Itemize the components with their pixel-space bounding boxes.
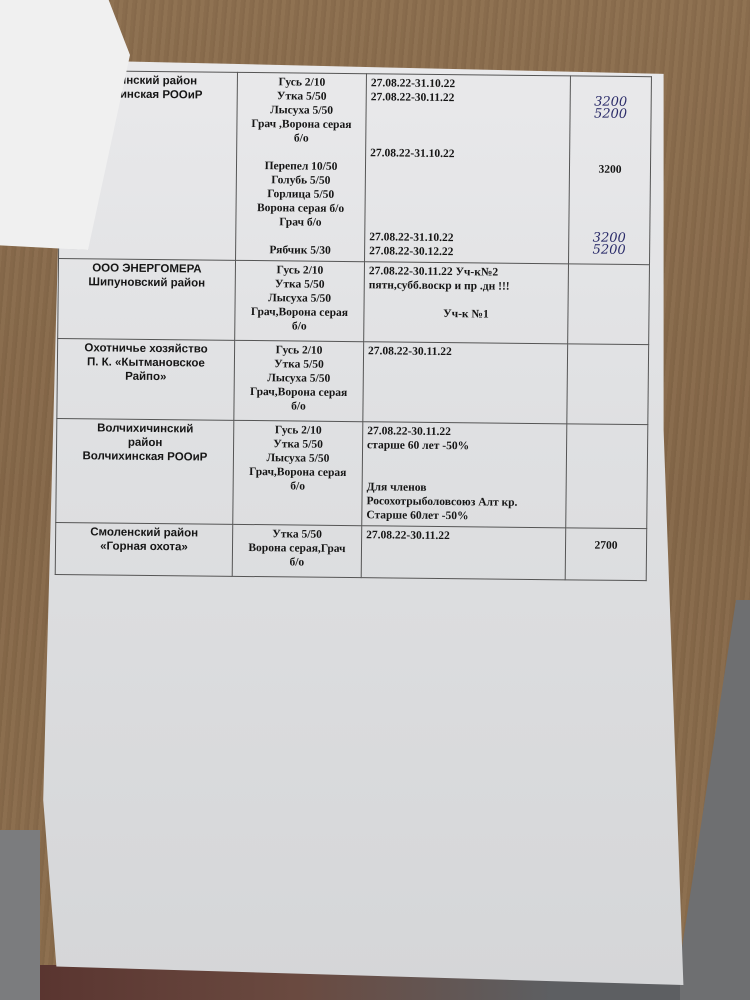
game-item: Лысуха 5/50: [238, 451, 358, 466]
game-item: Горлица 5/50: [241, 187, 361, 202]
price-cell: [568, 264, 650, 345]
org-name: Райпо»: [62, 369, 230, 385]
margin-cell: [649, 265, 686, 345]
handwritten-price: 5200: [573, 244, 645, 257]
game-cell: Утка 5/50 Ворона серая,Грач б/о: [232, 524, 362, 577]
table-row: …ринский район …аринская РООиР Гусь 2/10…: [59, 71, 688, 266]
permits-table: …ринский район …аринская РООиР Гусь 2/10…: [55, 70, 688, 582]
table-row: Волчихичинский район Волчихинская РООиР …: [56, 418, 685, 529]
date-range: 27.08.22-30.12.22: [369, 244, 564, 260]
dates-cell: 27.08.22-30.11.22 Уч-к№2 пятн,субб.воскр…: [364, 262, 569, 344]
price-cell: [567, 344, 649, 425]
margin-cell: [649, 77, 687, 265]
game-item: Утка 5/50: [240, 277, 360, 292]
org-cell: ООО ЭНЕРГОМЕРА Шипуновский район: [58, 258, 236, 340]
game-item: б/о: [241, 131, 361, 146]
dates-cell: 27.08.22-31.10.22 27.08.22-30.11.22 27.0…: [365, 74, 571, 264]
price-cell: [566, 424, 648, 529]
game-item: Голубь 5/50: [241, 173, 361, 188]
game-item: Утка 5/50: [238, 437, 358, 452]
game-item: Гусь 2/10: [239, 343, 359, 358]
game-item: Лысуха 5/50: [240, 291, 360, 306]
game-cell: Гусь 2/10 Утка 5/50 Лысуха 5/50 Грач,Вор…: [235, 260, 365, 341]
game-item: Утка 5/50: [237, 527, 357, 542]
margin-cell: [647, 425, 685, 529]
game-item: Гусь 2/10: [242, 75, 362, 90]
org-name: Шипуновский район: [63, 275, 231, 291]
margin-cell: [648, 345, 685, 425]
price-value: 3200: [574, 162, 646, 177]
org-name: «Горная охота»: [60, 539, 228, 555]
price-value: 2700: [570, 538, 642, 553]
game-item: б/о: [237, 555, 357, 570]
margin-cell: [646, 529, 683, 581]
game-item: Грач,Ворона серая: [238, 465, 358, 480]
table-row: Охотничье хозяйство П. К. «Кытмановское …: [57, 338, 685, 425]
org-cell: Смоленский район «Горная охота»: [55, 522, 233, 576]
game-item: Гусь 2/10: [240, 263, 360, 278]
game-cell: Гусь 2/10 Утка 5/50 Лысуха 5/50 Грач,Вор…: [234, 340, 364, 421]
game-item: Утка 5/50: [242, 89, 362, 104]
date-range: 27.08.22-30.11.22: [366, 528, 561, 544]
game-item: б/о: [239, 319, 359, 334]
date-range: 27.08.22-30.11.22: [371, 90, 566, 106]
dates-cell: 27.08.22-30.11.22: [361, 526, 566, 580]
date-note: пятн,субб.воскр и пр .дн !!!: [369, 278, 564, 294]
game-item: Лысуха 5/50: [242, 103, 362, 118]
game-cell: Гусь 2/10 Утка 5/50 Лысуха 5/50 Грач,Вор…: [233, 420, 363, 525]
org-name: П. К. «Кытмановское: [62, 355, 230, 371]
game-cell: Гусь 2/10 Утка 5/50 Лысуха 5/50 Грач ,Во…: [236, 72, 367, 261]
org-cell: Охотничье хозяйство П. К. «Кытмановское …: [57, 338, 235, 420]
org-cell: Волчихичинский район Волчихинская РООиР: [56, 418, 234, 524]
dates-cell: 27.08.22-30.11.22 старше 60 лет -50% Для…: [362, 422, 567, 528]
price-cell: 3200 5200 3200 3200 5200: [568, 76, 651, 265]
game-item: Грач,Ворона серая: [239, 385, 359, 400]
metal-surface-left: [0, 830, 40, 1000]
game-item: Гусь 2/10: [238, 423, 358, 438]
game-item: Ворона серая,Грач: [237, 541, 357, 556]
game-item: Грач ,Ворона серая: [241, 117, 361, 132]
table-row: ООО ЭНЕРГОМЕРА Шипуновский район Гусь 2/…: [58, 258, 686, 345]
discount-note: Старше 60лет -50%: [366, 508, 561, 524]
date-range: 27.08.22-30.11.22: [368, 344, 563, 360]
dates-cell: 27.08.22-30.11.22: [363, 342, 568, 424]
game-item: Грач,Ворона серая: [239, 305, 359, 320]
game-item: Ворона серая б/о: [240, 201, 360, 216]
game-item: Грач б/о: [240, 215, 360, 230]
price-cell: 2700: [565, 528, 647, 581]
game-item: Перепел 10/50: [241, 159, 361, 174]
game-item: Лысуха 5/50: [239, 371, 359, 386]
org-name: Волчихинская РООиР: [61, 449, 229, 465]
date-range: 27.08.22-31.10.22: [370, 146, 565, 162]
game-item: Рябчик 5/30: [240, 243, 360, 258]
game-item: б/о: [238, 399, 358, 414]
table-row: Смоленский район «Горная охота» Утка 5/5…: [55, 522, 683, 581]
discount-note: старше 60 лет -50%: [367, 438, 562, 454]
plot-note: Уч-к №1: [368, 306, 563, 322]
game-item: б/о: [238, 479, 358, 494]
game-item: Утка 5/50: [239, 357, 359, 372]
handwritten-price: 5200: [575, 108, 647, 121]
